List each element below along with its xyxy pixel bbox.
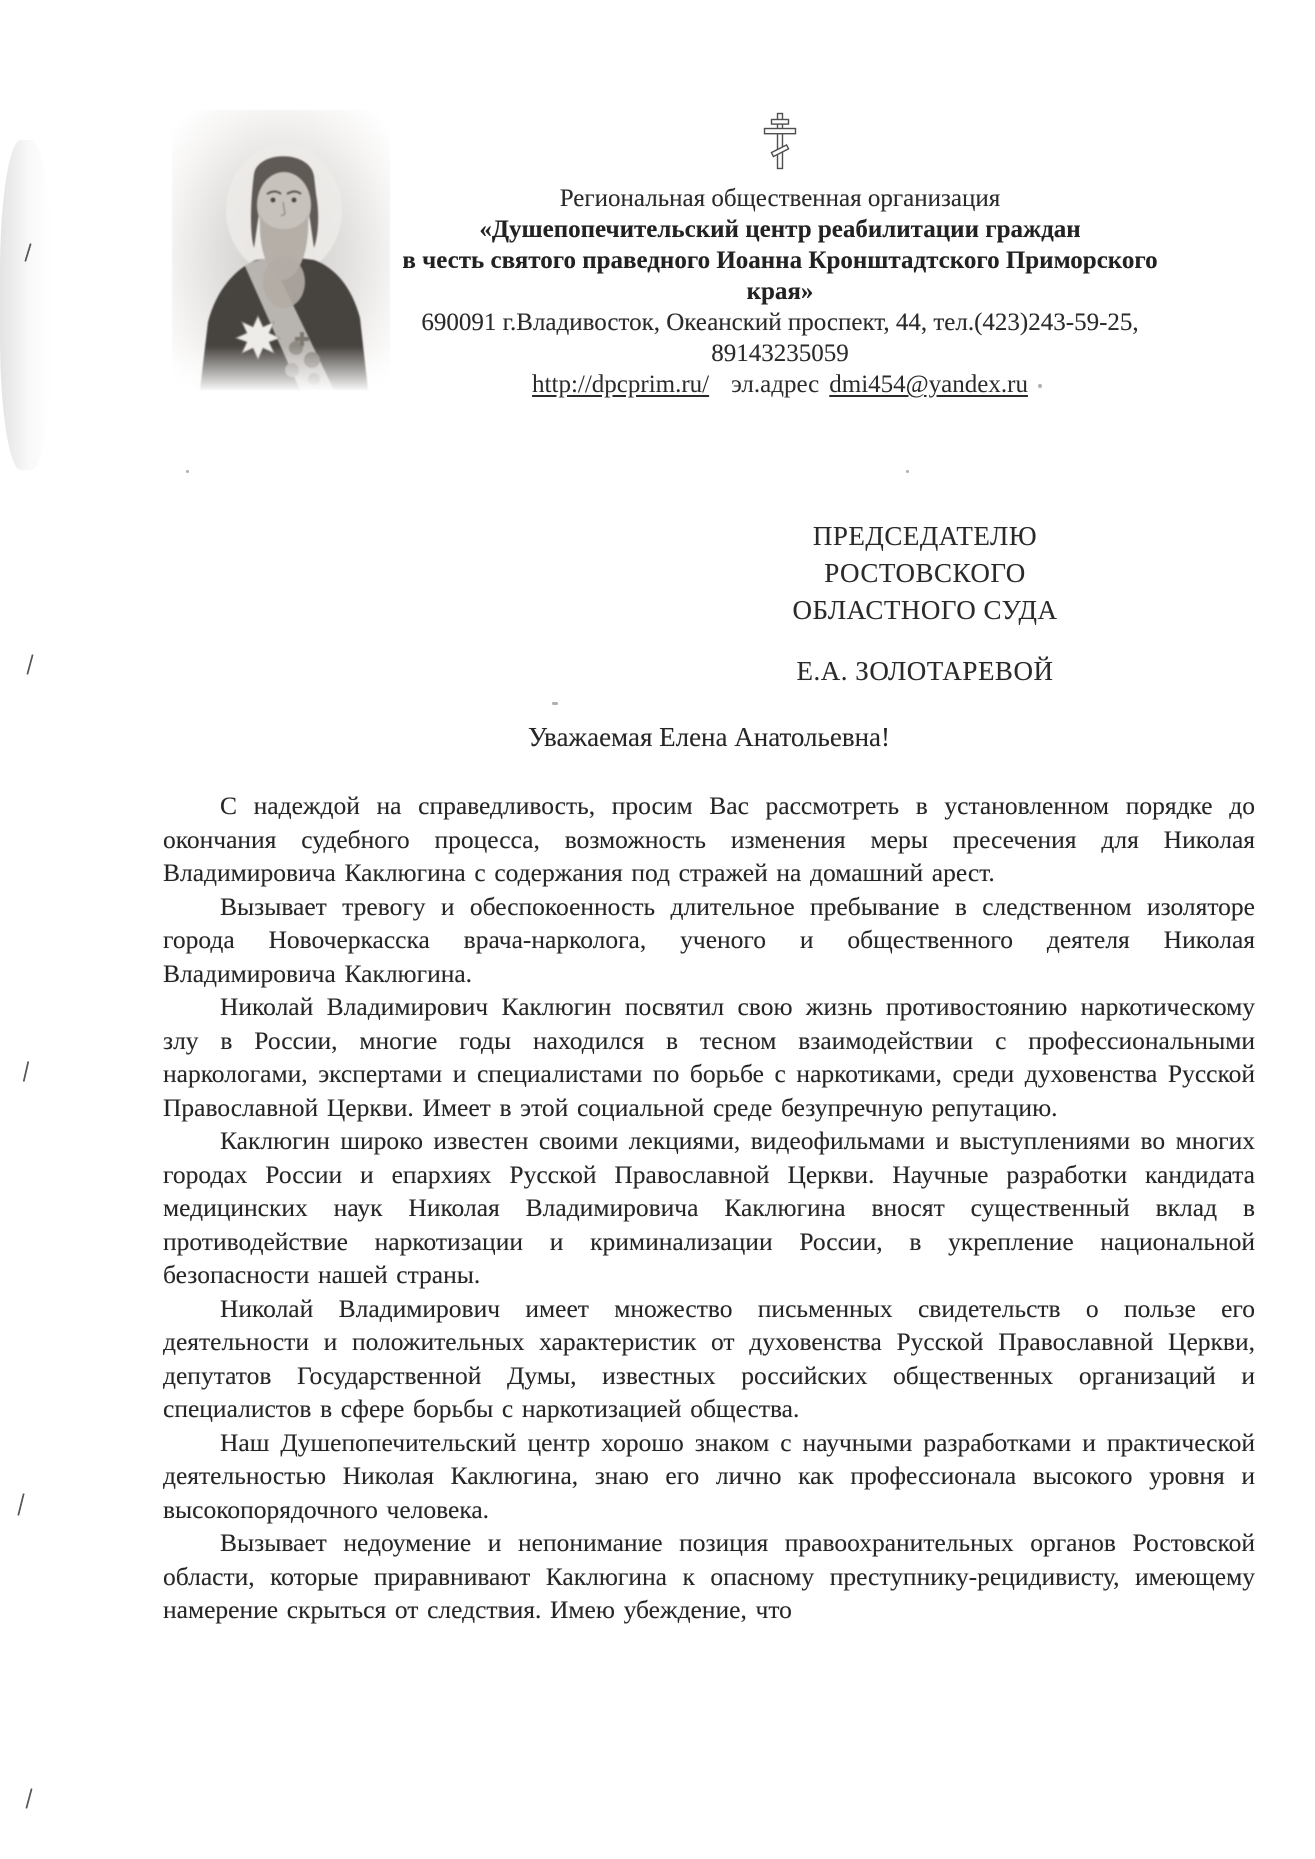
org-type-line: Региональная общественная организация: [400, 183, 1160, 214]
email-label: эл.адрес: [731, 371, 819, 398]
scan-speck: [552, 702, 558, 705]
addressee-line-3: ОБЛАСТНОГО СУДА: [745, 592, 1105, 629]
paragraph-2: Вызывает тревогу и обеспокоенность длите…: [163, 890, 1255, 991]
addressee-name: Е.А. ЗОЛОТАРЕВОЙ: [745, 653, 1105, 690]
letter-body: С надеждой на справедливость, просим Вас…: [163, 789, 1255, 1627]
org-name-line-3: края»: [400, 276, 1160, 307]
letterhead: Региональная общественная организация «Д…: [400, 112, 1160, 400]
scan-speck: [906, 470, 909, 473]
paragraph-1: С надеждой на справедливость, просим Вас…: [163, 789, 1255, 890]
org-name-line-1: «Душепопечительский центр реабилитации г…: [400, 214, 1160, 245]
paragraph-5: Николай Владимирович имеет множество пис…: [163, 1292, 1255, 1426]
pen-mark: [26, 654, 33, 675]
scan-speck: [1038, 384, 1042, 388]
org-phone-line: 89143235059: [400, 338, 1160, 369]
org-name-line-2: в честь святого праведного Иоанна Кроншт…: [400, 245, 1160, 276]
org-address-line: 690091 г.Владивосток, Океанский проспект…: [400, 307, 1160, 338]
priest-portrait-photo: [172, 110, 390, 390]
paragraph-3: Николай Владимирович Каклюгин посвятил с…: [163, 990, 1255, 1124]
website-link[interactable]: http://dpcprim.ru/: [532, 371, 709, 398]
paragraph-7: Вызывает недоумение и непонимание позици…: [163, 1526, 1255, 1627]
pen-mark: [17, 1493, 25, 1516]
org-contact-line: http://dpcprim.ru/эл.адресdmi454@yandex.…: [400, 369, 1160, 400]
email-link[interactable]: dmi454@yandex.ru: [829, 371, 1028, 398]
salutation: Уважаемая Елена Анатольевна!: [163, 722, 1255, 753]
pen-mark: [25, 1788, 32, 1809]
paragraph-4: Каклюгин широко известен своими лекциями…: [163, 1124, 1255, 1292]
paragraph-6: Наш Душепопечительский центр хорошо знак…: [163, 1426, 1255, 1527]
addressee-line-2: РОСТОВСКОГО: [745, 555, 1105, 592]
scanned-letter-page: Региональная общественная организация «Д…: [0, 0, 1315, 1859]
priest-portrait-illustration: [172, 110, 390, 390]
orthodox-cross-icon: [761, 112, 799, 170]
pen-mark: [23, 1061, 30, 1082]
scan-speck: [186, 470, 189, 473]
scan-shading: [0, 140, 52, 470]
addressee-line-1: ПРЕДСЕДАТЕЛЮ: [745, 518, 1105, 555]
addressee-block: ПРЕДСЕДАТЕЛЮ РОСТОВСКОГО ОБЛАСТНОГО СУДА…: [745, 518, 1105, 690]
